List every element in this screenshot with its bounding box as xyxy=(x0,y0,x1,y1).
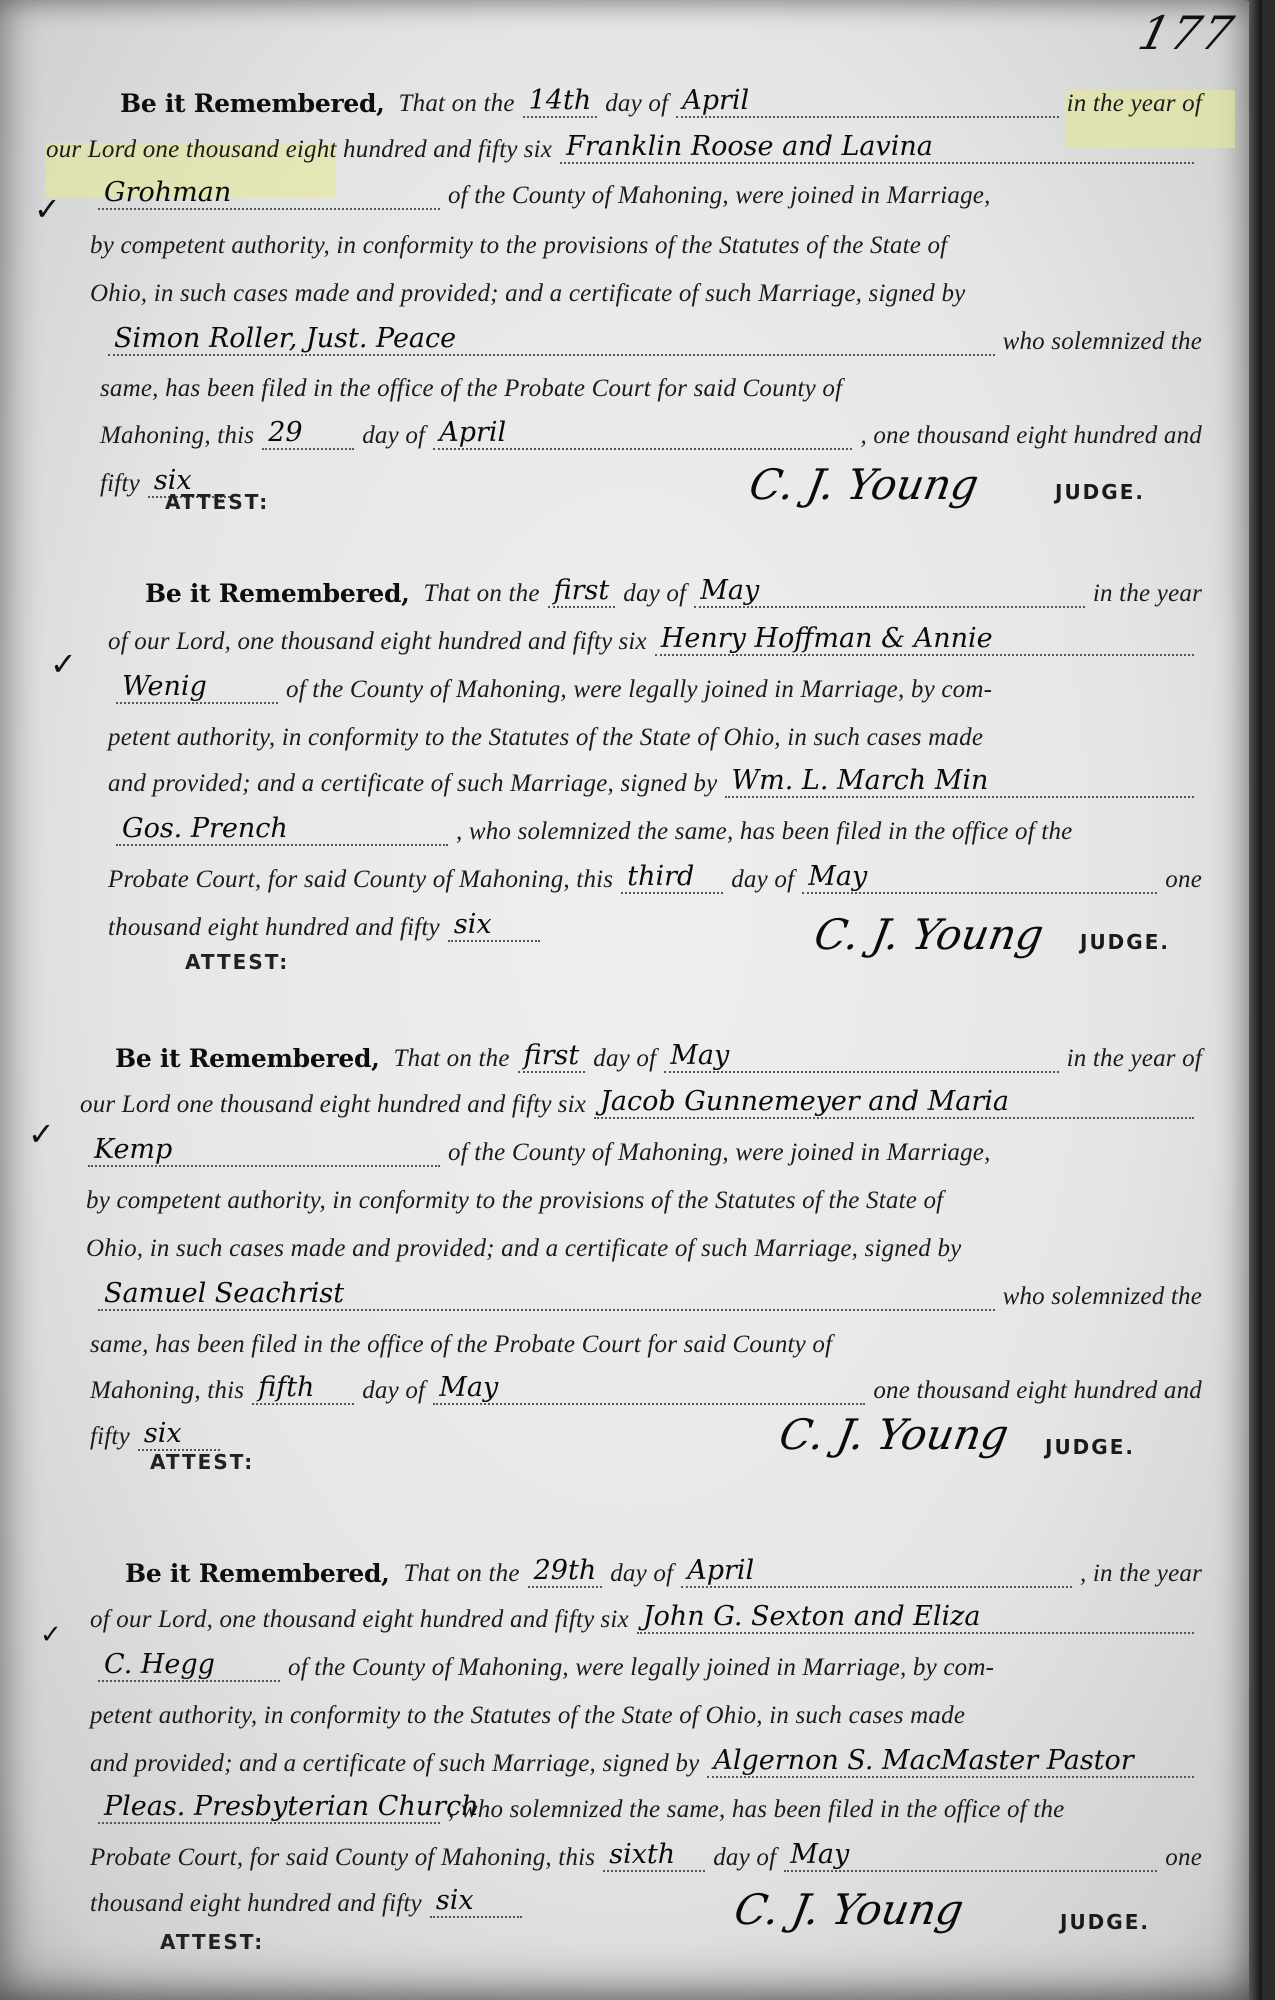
record-line-7: Probate Court, for said County of Mahoni… xyxy=(90,1824,1202,1872)
filed-day: third xyxy=(621,862,723,894)
attest-label: ATTEST: xyxy=(150,1450,254,1474)
judge-label: JUDGE. xyxy=(1060,1910,1150,1934)
record-line-4: petent authority, in conformity to the S… xyxy=(90,1682,1202,1730)
judge-signature: C. J. Young xyxy=(731,1885,968,1934)
year-word: six xyxy=(524,136,552,164)
parties-line-1: Jacob Gunnemeyer and Maria xyxy=(594,1087,1194,1119)
record-line-7: same, has been filed in the office of th… xyxy=(90,1311,1202,1359)
filed-year-word: six xyxy=(430,1886,522,1918)
marriage-month: April xyxy=(676,86,1058,118)
record-line-4: by competent authority, in conformity to… xyxy=(90,212,1202,260)
page-edge-shadow xyxy=(1249,0,1262,2000)
filed-day: sixth xyxy=(603,1840,705,1872)
record-lead: Be it Remembered, xyxy=(125,1559,390,1588)
parties-line-2: Grohman xyxy=(98,178,440,210)
parties-line-2: Kemp xyxy=(88,1135,440,1167)
record-line-4: petent authority, in conformity to the S… xyxy=(108,704,1202,752)
record-line-5: and provided; and a certificate of such … xyxy=(108,750,1202,798)
record-line-4: by competent authority, in conformity to… xyxy=(86,1167,1202,1215)
record-line-2: of our Lord, one thousand eight hundred … xyxy=(90,1586,1202,1634)
judge-signature: C. J. Young xyxy=(811,910,1048,959)
year-word: six xyxy=(600,1606,628,1634)
attest-label: ATTEST: xyxy=(185,950,289,974)
marriage-month: May xyxy=(664,1041,1058,1073)
parties-line-1: Franklin Roose and Lavina xyxy=(560,132,1194,164)
check-mark-icon: ✓ xyxy=(40,1620,62,1650)
filed-month: April xyxy=(433,418,852,450)
record-lead: Be it Remembered, xyxy=(115,1044,380,1073)
judge-signature: C. J. Young xyxy=(776,1410,1013,1459)
page-number: 177 xyxy=(1133,6,1240,60)
parties-line-2: Wenig xyxy=(116,672,278,704)
judge-label: JUDGE. xyxy=(1080,930,1170,954)
marriage-month: May xyxy=(694,576,1085,608)
record-line-6: Simon Roller, Just. Peace who solemnized… xyxy=(100,308,1202,356)
record-line-6: Gos. Prench , who solemnized the same, h… xyxy=(108,798,1202,846)
record-line-8: thousand eight hundred and fifty six xyxy=(90,1870,530,1918)
check-mark-icon: ✓ xyxy=(34,190,61,228)
officiant-name: Samuel Seachrist xyxy=(98,1279,995,1311)
year-word: six xyxy=(618,628,646,656)
judge-label: JUDGE. xyxy=(1045,1435,1135,1459)
record-line-1: Be it Remembered, That on the first day … xyxy=(145,560,1202,608)
officiant-title: Gos. Prench xyxy=(116,814,448,846)
filed-year-word: six xyxy=(138,1419,220,1451)
parties-line-1: Henry Hoffman & Annie xyxy=(655,624,1194,656)
officiant-title: Pleas. Presbyterian Church xyxy=(98,1792,440,1824)
record-line-5: and provided; and a certificate of such … xyxy=(90,1730,1202,1778)
record-line-8: Mahoning, this fifth day of May one thou… xyxy=(90,1357,1202,1405)
officiant-name: Algernon S. MacMaster Pastor xyxy=(707,1746,1194,1778)
record-lead: Be it Remembered, xyxy=(120,89,385,118)
filed-month: May xyxy=(433,1373,865,1405)
filed-year-word: six xyxy=(448,910,540,942)
marriage-day: 29th xyxy=(528,1556,603,1588)
record-line-2: of our Lord, one thousand eight hundred … xyxy=(108,608,1202,656)
record-lead: Be it Remembered, xyxy=(145,579,410,608)
record-line-1: Be it Remembered, That on the 29th day o… xyxy=(125,1540,1202,1588)
filed-day: 29 xyxy=(262,418,354,450)
filed-month: May xyxy=(802,862,1157,894)
record-line-7: Probate Court, for said County of Mahoni… xyxy=(108,846,1202,894)
record-line-5: Ohio, in such cases made and provided; a… xyxy=(90,260,1202,308)
check-mark-icon: ✓ xyxy=(28,1115,55,1153)
officiant-name: Simon Roller, Just. Peace xyxy=(108,324,995,356)
record-line-2: our Lord one thousand eight hundred and … xyxy=(80,1071,1202,1119)
record-line-6: Samuel Seachrist who solemnized the xyxy=(90,1263,1202,1311)
record-line-2: our Lord one thousand eight hundred and … xyxy=(46,116,1202,164)
parties-line-1: John G. Sexton and Eliza xyxy=(637,1602,1194,1634)
record-line-3: Grohman of the County of Mahoning, were … xyxy=(90,162,1202,210)
marriage-day: first xyxy=(518,1041,586,1073)
record-line-8: Mahoning, this 29 day of April , one tho… xyxy=(100,402,1202,450)
record-line-5: Ohio, in such cases made and provided; a… xyxy=(86,1215,1202,1263)
officiant-name: Wm. L. March Min xyxy=(725,766,1194,798)
marriage-month: April xyxy=(681,1556,1072,1588)
record-line-3: Kemp of the County of Mahoning, were joi… xyxy=(80,1119,1202,1167)
record-line-1: Be it Remembered, That on the first day … xyxy=(115,1025,1202,1073)
judge-label: JUDGE. xyxy=(1055,480,1145,504)
marriage-day: first xyxy=(548,576,616,608)
record-line-1: Be it Remembered, That on the 14th day o… xyxy=(120,70,1202,118)
parties-line-2: C. Hegg xyxy=(98,1650,280,1682)
check-mark-icon: ✓ xyxy=(50,645,77,683)
year-word: six xyxy=(558,1091,586,1119)
record-line-9: fifty six xyxy=(90,1403,228,1451)
record-line-3: Wenig of the County of Mahoning, were le… xyxy=(108,656,1202,704)
filed-month: May xyxy=(784,1840,1157,1872)
record-line-8: thousand eight hundred and fifty six xyxy=(108,894,548,942)
marriage-day: 14th xyxy=(523,86,598,118)
record-line-3: C. Hegg of the County of Mahoning, were … xyxy=(90,1634,1202,1682)
judge-signature: C. J. Young xyxy=(746,460,983,509)
attest-label: ATTEST: xyxy=(160,1930,264,1954)
ledger-page: 177 Be it Remembered, That on the 14th d… xyxy=(0,0,1262,2000)
attest-label: ATTEST: xyxy=(165,490,269,514)
record-line-6: Pleas. Presbyterian Church , who solemni… xyxy=(90,1776,1202,1824)
filed-day: fifth xyxy=(252,1373,354,1405)
record-line-7: same, has been filed in the office of th… xyxy=(100,355,1202,403)
